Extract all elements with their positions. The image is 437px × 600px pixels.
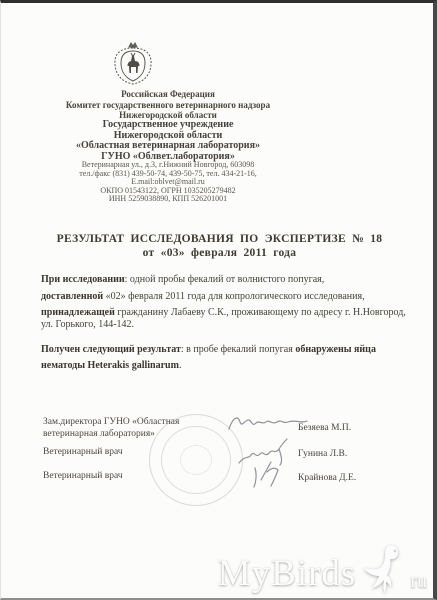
result-end: .	[179, 360, 182, 371]
body-line2: доставленной «02» февраля 2011 года для …	[41, 291, 415, 303]
result-lead: Получен следующий результат	[41, 344, 181, 355]
contacts-inn-kpp: ИНН 5259038890, КПП 526201001	[1, 195, 335, 204]
signature-role-2: Ветеринарный врач	[43, 447, 123, 459]
org-header-line2: Комитет государственного ветеринарного н…	[1, 100, 335, 111]
body-line1: При исследовании: одной пробы фекалий от…	[41, 274, 415, 286]
title-line2: от «03» февраля 2011 года	[1, 247, 437, 261]
coat-of-arms-deer-icon	[107, 41, 159, 89]
contacts-block: Ветеринарная ул., д.3, г.Нижний Новгород…	[1, 161, 335, 204]
org-header-line1: Российская Федерация	[1, 89, 335, 100]
body-line1-rest: : одной пробы фекалий от волнистого попу…	[125, 274, 325, 285]
institution-line1: Государственное учреждение	[1, 120, 335, 131]
body-result: Получен следующий результат: в пробе фек…	[41, 342, 415, 374]
institution-line3: «Областная ветеринарная лаборатория»	[1, 141, 335, 152]
body-line2-lead: доставленной	[41, 291, 103, 302]
signature-role-1: Зам.директора ГУНО «Областная ветеринарн…	[43, 417, 193, 440]
mybirds-watermark: MyBirds ru	[218, 542, 427, 594]
signature-name-2: Гунина Л.В.	[298, 449, 347, 459]
watermark-text: MyBirds	[218, 554, 357, 594]
signature-name-3: Крайнова Д.Е.	[298, 473, 356, 483]
result-species: Heterakis gallinarum	[88, 360, 179, 371]
org-header: Российская Федерация Комитет государстве…	[1, 89, 335, 121]
body-line1-lead: При исследовании	[41, 274, 125, 285]
body-line3-lead: принадлежащей	[41, 307, 115, 318]
document-title: РЕЗУЛЬТАТ ИССЛЕДОВАНИЯ ПО ЭКСПЕРТИЗЕ № 1…	[1, 233, 437, 260]
document-body: При исследовании: одной пробы фекалий от…	[41, 274, 415, 374]
signature-role-3: Ветеринарный врач	[43, 471, 123, 483]
watermark-suffix: ru	[410, 568, 427, 594]
scanned-document: Российская Федерация Комитет государстве…	[0, 0, 437, 600]
title-line1: РЕЗУЛЬТАТ ИССЛЕДОВАНИЯ ПО ЭКСПЕРТИЗЕ № 1…	[1, 233, 437, 247]
bird-logo-icon	[360, 542, 406, 594]
handwritten-signature-1	[225, 407, 311, 437]
institution-block: Государственное учреждение Нижегородской…	[1, 120, 335, 162]
body-line3: принадлежащей гражданину Лабаеву С.К., п…	[41, 307, 415, 331]
body-line2-rest: «02» февраля 2011 года для копрологическ…	[103, 291, 364, 302]
handwritten-signature-3	[247, 458, 283, 490]
result-mid: : в пробе фекалий попугая	[181, 344, 295, 355]
